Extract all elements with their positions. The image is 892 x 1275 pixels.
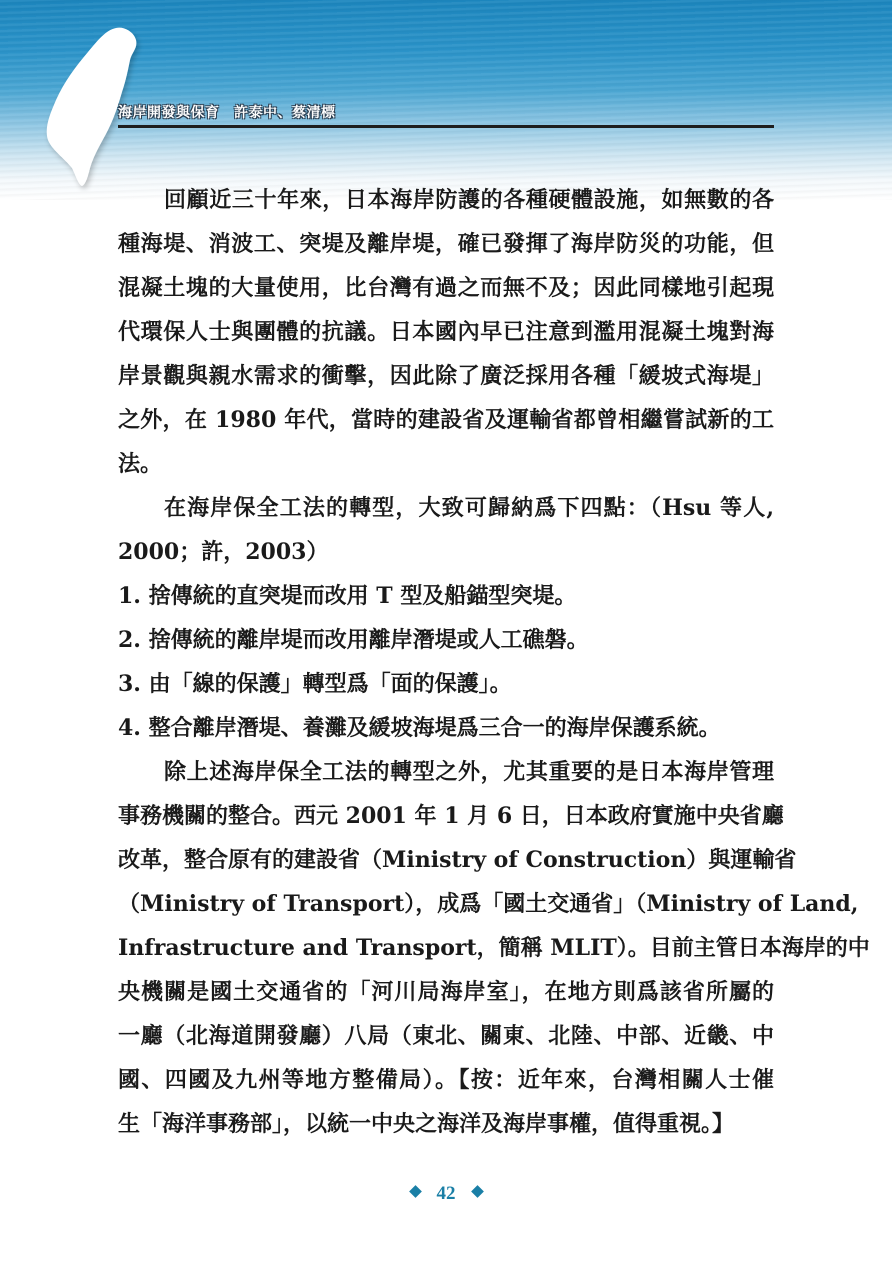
header-rule xyxy=(118,125,774,128)
text-line: 2000；許，2003） xyxy=(118,530,774,574)
text-line: 岸景觀與親水需求的衝擊，因此除了廣泛採用各種「緩坡式海堤」 xyxy=(118,354,774,398)
running-head: 海岸開發與保育 許泰中、蔡清標 xyxy=(118,102,336,122)
text-line: 一廳（北海道開發廳）八局（東北、關東、北陸、中部、近畿、中 xyxy=(118,1014,774,1058)
diamond-icon xyxy=(409,1185,422,1198)
numbered-list: 1. 捨傳統的直突堤而改用 T 型及船錨型突堤。 2. 捨傳統的離岸堤而改用離岸… xyxy=(118,574,774,750)
list-item: 1. 捨傳統的直突堤而改用 T 型及船錨型突堤。 xyxy=(118,574,774,618)
text-line: 回顧近三十年來，日本海岸防護的各種硬體設施，如無數的各 xyxy=(118,178,774,222)
text-line: 國、四國及九州等地方整備局）。【按：近年來，台灣相關人士催 xyxy=(118,1058,774,1102)
text-line: （Ministry of Transport），成爲「國土交通省」（Minist… xyxy=(118,882,774,926)
page-footer: 42 xyxy=(0,1183,892,1205)
diamond-icon xyxy=(471,1185,484,1198)
text-line: 代環保人士與團體的抗議。日本國內早已注意到濫用混凝土塊對海 xyxy=(118,310,774,354)
list-item: 3. 由「線的保護」轉型爲「面的保護」。 xyxy=(118,662,774,706)
text-line: 在海岸保全工法的轉型，大致可歸納爲下四點：（Hsu 等人, xyxy=(118,486,774,530)
text-line: 改革，整合原有的建設省（Ministry of Construction）與運輸… xyxy=(118,838,774,882)
text-line: 央機關是國土交通省的「河川局海岸室」，在地方則爲該省所屬的 xyxy=(118,970,774,1014)
text-line: 混凝土塊的大量使用，比台灣有過之而無不及；因此同樣地引起現 xyxy=(118,266,774,310)
text-line: 除上述海岸保全工法的轉型之外，尤其重要的是日本海岸管理 xyxy=(118,750,774,794)
paragraph-1: 回顧近三十年來，日本海岸防護的各種硬體設施，如無數的各 種海堤、消波工、突堤及離… xyxy=(118,178,774,486)
page-number: 42 xyxy=(437,1183,456,1204)
text-line: 生「海洋事務部」，以統一中央之海洋及海岸事權，值得重視。】 xyxy=(118,1102,774,1146)
page-body: 回顧近三十年來，日本海岸防護的各種硬體設施，如無數的各 種海堤、消波工、突堤及離… xyxy=(118,178,774,1146)
text-line: 法。 xyxy=(118,442,774,486)
paragraph-3: 除上述海岸保全工法的轉型之外，尤其重要的是日本海岸管理 事務機關的整合。西元 2… xyxy=(118,750,774,1146)
paragraph-2: 在海岸保全工法的轉型，大致可歸納爲下四點：（Hsu 等人, 2000；許，200… xyxy=(118,486,774,574)
text-line: 事務機關的整合。西元 2001 年 1 月 6 日，日本政府實施中央省廳 xyxy=(118,794,774,838)
list-item: 2. 捨傳統的離岸堤而改用離岸潛堤或人工礁磐。 xyxy=(118,618,774,662)
text-line: 種海堤、消波工、突堤及離岸堤，確已發揮了海岸防災的功能，但 xyxy=(118,222,774,266)
text-line: 之外，在 1980 年代，當時的建設省及運輸省都曾相繼嘗試新的工 xyxy=(118,398,774,442)
list-item: 4. 整合離岸潛堤、養灘及緩坡海堤爲三合一的海岸保護系統。 xyxy=(118,706,774,750)
text-line: Infrastructure and Transport，簡稱 MLIT）。目前… xyxy=(118,926,774,970)
